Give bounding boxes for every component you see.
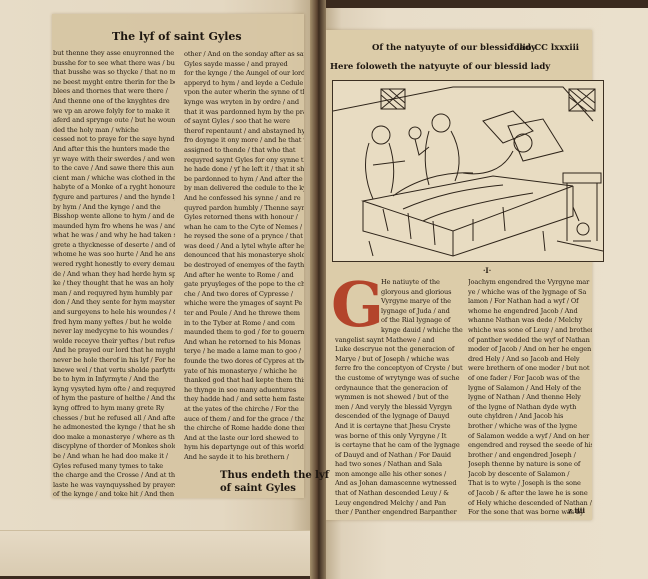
- text-line: wolde receyve their yeftes / but refused…: [53, 337, 175, 347]
- text-line: hym his departynge out of this world: [184, 443, 304, 453]
- text-line: quyred pardon humbly / Thenne saynt: [184, 204, 304, 214]
- text-line: man / and requyred hym humbly par: [53, 289, 175, 299]
- text-line: That is to wyte / Joseph is the sone: [468, 479, 592, 489]
- right-column-1: He natiuyte of thegloryous and gloriousV…: [335, 278, 463, 518]
- text-line: grete a thycknesse of deserte / and of: [53, 241, 175, 251]
- left-column-2: other / And on the sonday after as saynt…: [184, 50, 304, 462]
- text-line: And after this the hunters made the: [53, 145, 175, 155]
- text-line: whanne Nathan was dede / Melchy: [468, 316, 592, 326]
- text-line: of the lygne of Nathan dyde wyth: [468, 403, 592, 413]
- text-line: And it is certayne that Jhesu Cryste: [335, 422, 463, 432]
- text-line: cient man / whiche was clothed in the: [53, 174, 175, 184]
- text-line: was borne of this only Vyrgyne / It: [335, 432, 463, 442]
- text-line: founde the two dores of Cypres at the: [184, 357, 304, 367]
- text-line: be destroyed of enemyes of the fayth: [184, 261, 304, 271]
- text-line: vangelist saynt Mathewe / and: [335, 336, 463, 346]
- colophon-text: Thus endeth the lyf of saint Gyles: [220, 469, 330, 495]
- text-line: denounced that his monasterye sholde: [184, 251, 304, 261]
- text-line: kynge dauid / whiche the Ey: [335, 326, 463, 336]
- text-line: is certayne that he cam of the lygnage: [335, 441, 463, 451]
- text-line: they hadde had / and sette hem faste: [184, 395, 304, 405]
- text-line: whiche was sone of Leuy / and brother: [468, 326, 592, 336]
- text-line: Gyles refused many tymes to take: [53, 462, 175, 472]
- text-line: And he confessed his synne / and re: [184, 194, 304, 204]
- text-line: kynge was wryten in by ordre / and: [184, 98, 304, 108]
- colophon: Thus endeth the lyf of saint Gyles: [220, 469, 330, 495]
- text-line: he reysed the sone of a prynce / that: [184, 232, 304, 242]
- left-column-1: but thenne they asse enuyronned thebussh…: [53, 49, 175, 499]
- text-line: doo make a monasterye / where as the: [53, 433, 175, 443]
- text-line: And as Johan damascenne wytnessed: [335, 479, 463, 489]
- text-line: Bisshop wente allone to hym / and de: [53, 212, 175, 222]
- text-line: ter and Poule / And he threwe them: [184, 309, 304, 319]
- text-line: habyte of a Monke of a ryght honourable: [53, 183, 175, 193]
- text-line: And whan he retorned to his Monas: [184, 338, 304, 348]
- text-line: Gyles sayde masse / and prayed: [184, 60, 304, 70]
- text-line: was deed / And a lytel whyle after he: [184, 242, 304, 252]
- text-line: And he sayde it to his brethern /: [184, 453, 304, 462]
- text-line: of Salamon wedde a wyf / And on her: [468, 432, 592, 442]
- text-line: of saynt Gyles / soo that he were: [184, 117, 304, 127]
- text-line: fro doynge it ony more / and he that was: [184, 136, 304, 146]
- text-line: chesses / but he refused all / And after: [53, 414, 175, 424]
- text-line: apperyd to hym / and leyde a Cedule: [184, 79, 304, 89]
- text-line: the custome of wrytynge was of suche: [335, 374, 463, 384]
- text-line: kyng vysyted hym ofte / and requyred: [53, 385, 175, 395]
- right-column-2: Joachym engendred the Vyrgyne marye / wh…: [468, 278, 592, 518]
- text-line: wymmen is not shewed / but of the: [335, 393, 463, 403]
- left-running-head: The lyf of saint Gyles: [112, 30, 242, 43]
- text-line: be to hym in Infyrmyte / And the: [53, 375, 175, 385]
- text-line: had two sones / Nathan and Sala: [335, 460, 463, 470]
- text-line: and surgeyens to hele his woundes / & of: [53, 308, 175, 318]
- left-page-fore-edge: [0, 530, 318, 576]
- text-line: wered ryght honestly to every demaun: [53, 260, 175, 270]
- text-line: Joachym engendred the Vyrgyne mar: [468, 278, 592, 288]
- text-line: kyng offred to hym many grete Ry: [53, 404, 175, 414]
- text-line: Leuy engendred Melchy / and Pan: [335, 499, 463, 509]
- text-line: don / And they sente for hym maysters: [53, 298, 175, 308]
- text-line: yr waye with their swerdes / and wente v…: [53, 155, 175, 165]
- text-line: Joseph thenne by nature is sone of: [468, 460, 592, 470]
- text-line: Gyles retorned thens with honour /: [184, 213, 304, 223]
- text-line: Luke descryue not the generacion of: [335, 345, 463, 355]
- folio-number: folio CC lxxxiii: [510, 43, 579, 53]
- text-line: ferre fro the conceptyon of Cryste / but: [335, 364, 463, 374]
- text-line: cessed not to praye for the saye hynde /: [53, 135, 175, 145]
- text-line: whan he cam to the Cyte of Nemes /: [184, 223, 304, 233]
- text-line: that busshe was so thycke / that no man: [53, 68, 175, 78]
- text-line: discyplyne of thorder of Monkes sholde: [53, 442, 175, 452]
- text-line: in to the Tyber at Rome / and com: [184, 319, 304, 329]
- text-line: de / And whan they had herde hym spe: [53, 270, 175, 280]
- text-line: whome he engendred Jacob / And: [468, 307, 592, 317]
- text-line: lamon / For Nathan had a wyf / Of: [468, 297, 592, 307]
- text-line: that of Nathan descended Leuy / &: [335, 489, 463, 499]
- nativity-of-virgin-woodcut-icon: [333, 81, 603, 261]
- text-line: che / And two dores of Cypresse /: [184, 290, 304, 300]
- text-line: vpon the auter wherin the synne of the: [184, 88, 304, 98]
- text-line: oute chyldren / And Jacob his: [468, 412, 592, 422]
- text-line: ded the holy man / whiche: [53, 126, 175, 136]
- text-line: the chirche of Rome hadde done them /: [184, 424, 304, 434]
- text-line: gate pryuyleges of the pope to the chur: [184, 280, 304, 290]
- text-line: but thenne they asse enuyronned the: [53, 49, 175, 59]
- text-line: requyred saynt Gyles for ony synne that: [184, 156, 304, 166]
- text-line: Marye / but of Joseph / whiche was: [335, 355, 463, 365]
- text-line: brother / and engendred Joseph /: [468, 451, 592, 461]
- text-line: terye / he made a lame man to goo /: [184, 347, 304, 357]
- text-line: he admonested the kynge / that he sholde: [53, 423, 175, 433]
- text-line: blees and thornes that were there /: [53, 87, 175, 97]
- text-line: be pardonned to hym / And after the kyng: [184, 175, 304, 185]
- text-line: men / And veryly the blessid Vyrgyn: [335, 403, 463, 413]
- text-line: And he prayed our lord that he myght: [53, 346, 175, 356]
- text-line: be / And whan he had doo make it /: [53, 452, 175, 462]
- text-line: ye / whiche was of the lygnage of Sa: [468, 288, 592, 298]
- text-line: of Dauyd and of Nathan / For Dauid: [335, 451, 463, 461]
- text-line: for the kynge / the Aungel of our lord: [184, 69, 304, 79]
- text-line: of the Rial lygnage of: [335, 316, 463, 326]
- text-line: auce of them / and for the grace / that: [184, 415, 304, 425]
- chapter-number: ·I·: [483, 266, 491, 275]
- text-line: by man delivered the cedule to the kyng: [184, 184, 304, 194]
- text-line: of panther wedded the wyf of Nathan: [468, 336, 592, 346]
- text-line: And thenne one of the knyghtes dre: [53, 97, 175, 107]
- text-line: lygne of Salamon / And Hely of the: [468, 384, 592, 394]
- text-line: ke / they thought that he was an holy: [53, 279, 175, 289]
- text-line: knewe wel / that vertu sholde parfytte: [53, 366, 175, 376]
- text-line: we vp an arowe folyly for to make it: [53, 107, 175, 117]
- text-line: whome he was soo hurte / And he ans: [53, 250, 175, 260]
- text-line: And after he wente to Rome / and: [184, 271, 304, 281]
- text-line: other / And on the sonday after as saynt: [184, 50, 304, 60]
- text-line: moder of Jacob / And on her he engen: [468, 345, 592, 355]
- text-line: whiche were the ymages of saynt Pe: [184, 299, 304, 309]
- text-line: fygure and partures / and the hynde lyen…: [53, 193, 175, 203]
- text-line: never be hole therof in his lyf / For he: [53, 356, 175, 366]
- text-line: descended of the lygnage of Dauyd: [335, 412, 463, 422]
- text-line: he hade done / yf he left it / that it s…: [184, 165, 304, 175]
- text-line: were brethern of one moder / but not: [468, 364, 592, 374]
- signature-mark: z iiii: [568, 506, 585, 515]
- text-line: yate of his monasterye / whiche he: [184, 367, 304, 377]
- text-line: to the cave / And sawe there this aun: [53, 164, 175, 174]
- text-line: by hym / And the kynge / and the: [53, 203, 175, 213]
- text-line: thanked god that had kepte them this: [184, 376, 304, 386]
- woodcut-illustration: [332, 80, 604, 262]
- text-line: dred Hely / And so Jacob and Hely: [468, 355, 592, 365]
- text-line: assigned to thende / that who that: [184, 146, 304, 156]
- text-line: of hym the pasture of helthe / And the: [53, 394, 175, 404]
- text-line: of the kynge / and toke hit / And then: [53, 490, 175, 499]
- text-line: of one fader / For Jacob was of the: [468, 374, 592, 384]
- text-line: of Jacob / & after the lawe he is sone: [468, 489, 592, 499]
- text-line: Vyrgyne marye of the: [335, 297, 463, 307]
- text-line: ther / Panther engendred Barpanther: [335, 508, 463, 518]
- text-line: ne beest myght entre therin for the bel: [53, 78, 175, 88]
- text-line: engendred and reysed the seede of his: [468, 441, 592, 451]
- chapter-heading: Here foloweth the natyuyte of our blessi…: [330, 62, 550, 72]
- text-line: what he was / and why he had taken so: [53, 231, 175, 241]
- text-line: the charge and the Crosse / And at the: [53, 471, 175, 481]
- text-line: ordynaunce that the generacion of: [335, 384, 463, 394]
- text-line: maunded them to god / for to gouerne: [184, 328, 304, 338]
- text-line: gloryous and glorious: [335, 288, 463, 298]
- text-line: laste he was vaynquysshed by prayers: [53, 481, 175, 491]
- text-line: fred hym many yeftes / but he wolde: [53, 318, 175, 328]
- text-line: busshe for to see what there was / but: [53, 59, 175, 69]
- text-line: never lay medycyne to his woundes / ne: [53, 327, 175, 337]
- text-line: maunded hym fro whens he was / and: [53, 222, 175, 232]
- text-line: at the yates of the chirche / For the: [184, 405, 304, 415]
- text-line: brother / whiche was of the lygne: [468, 422, 592, 432]
- text-line: He natiuyte of the: [335, 278, 463, 288]
- text-line: And at the laste our lord shewed to: [184, 434, 304, 444]
- open-book: The lyf of saint Gyles but thenne they a…: [0, 0, 648, 579]
- text-line: lygne of Nathan / And thenne Hely: [468, 393, 592, 403]
- text-line: mon amonge alle his other sones /: [335, 470, 463, 480]
- text-line: therof repentaunt / and abstayned hym: [184, 127, 304, 137]
- text-line: Jacob by descente of Salamon /: [468, 470, 592, 480]
- text-line: he thynge in soo many aduentures: [184, 386, 304, 396]
- text-line: lygnage of Juda / and: [335, 307, 463, 317]
- text-line: that it was pardonned hym by the prayers: [184, 108, 304, 118]
- text-line: aferd and sprynge oute / but he wounded: [53, 116, 175, 126]
